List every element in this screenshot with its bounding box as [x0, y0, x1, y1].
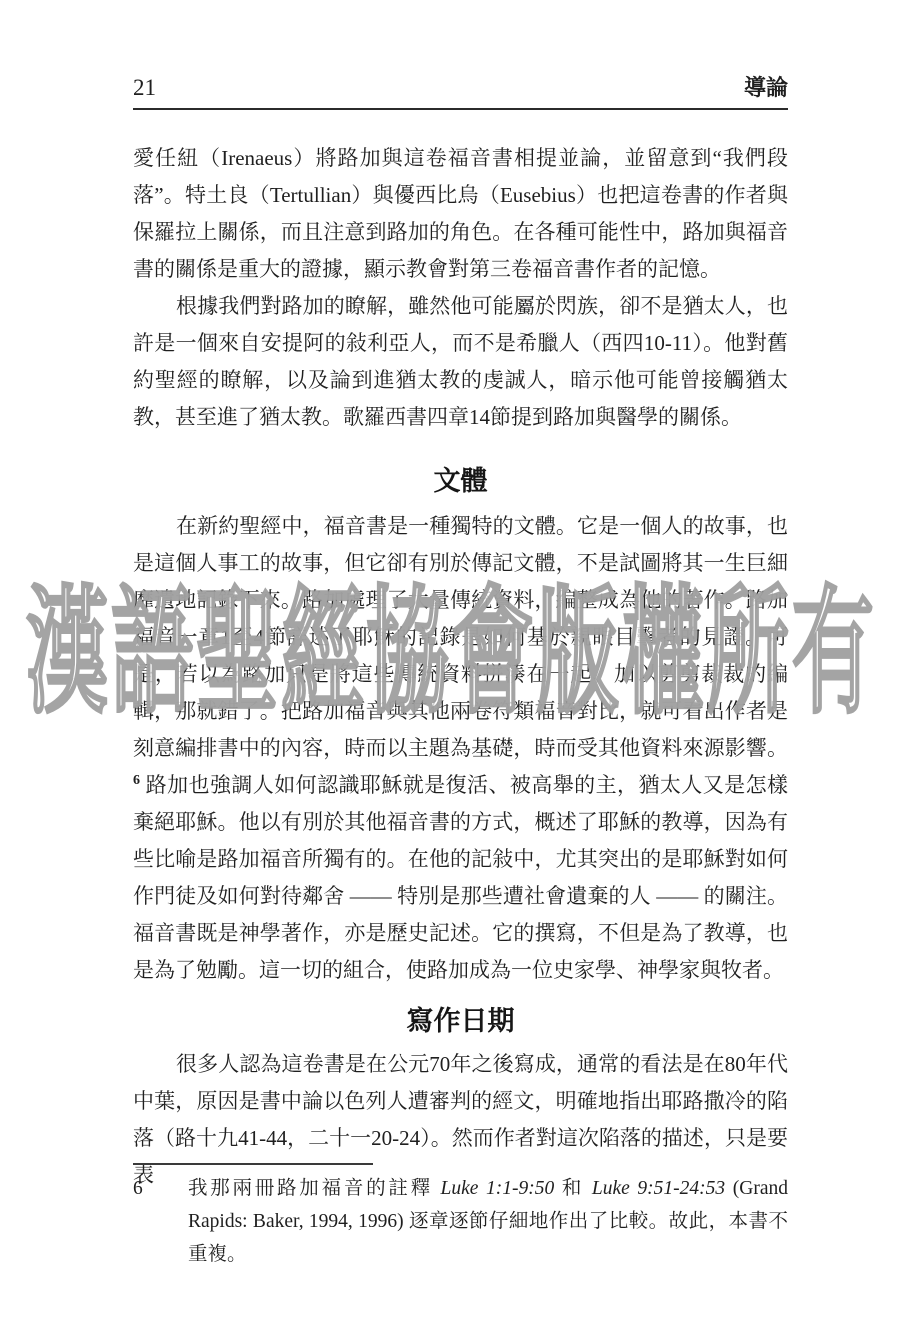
footnote-text-1: 我那兩冊路加福音的註釋 [188, 1178, 441, 1199]
book-page: 21 導論 愛任紐（Irenaeus）將路加與這卷福音書相提並論，並留意到“我們… [0, 0, 900, 1324]
section-heading-genre: 文體 [133, 464, 788, 498]
paragraph-luke-background: 根據我們對路加的瞭解，雖然他可能屬於閃族，卻不是猶太人，也許是一個來自安提阿的敍… [133, 288, 788, 436]
footnote-6: 6我那兩冊路加福音的註釋 Luke 1:1-9:50 和 Luke 9:51-2… [133, 1172, 788, 1271]
footnote-citation-title-1: Luke 1:1-9:50 [441, 1178, 555, 1199]
page-number: 21 [133, 74, 156, 102]
paragraph-genre-body: 在新約聖經中，福音書是一種獨特的文體。它是一個人的故事，也是這個人事工的故事，但… [133, 508, 788, 989]
footnote-number: 6 [133, 1172, 143, 1205]
running-header-title: 導論 [744, 74, 788, 102]
footnote-separator-rule [133, 1163, 373, 1165]
footnote-reference-6: 6 [133, 773, 140, 788]
footnote-text-2: 和 [554, 1178, 592, 1199]
footnote-citation-title-2: Luke 9:51-24:53 [592, 1178, 725, 1199]
header-rule [133, 108, 788, 110]
page-header: 21 導論 [133, 74, 788, 102]
section-heading-date-of-writing: 寫作日期 [133, 1004, 788, 1038]
paragraph-authorship-tradition: 愛任紐（Irenaeus）將路加與這卷福音書相提並論，並留意到“我們段落”。特土… [133, 140, 788, 288]
genre-text-before-ref: 在新約聖經中，福音書是一種獨特的文體。它是一個人的故事，也是這個人事工的故事，但… [133, 514, 788, 760]
genre-text-after-ref: 路加也強調人如何認識耶穌就是復活、被高舉的主，猶太人又是怎樣棄絕耶穌。他以有別於… [133, 773, 788, 982]
